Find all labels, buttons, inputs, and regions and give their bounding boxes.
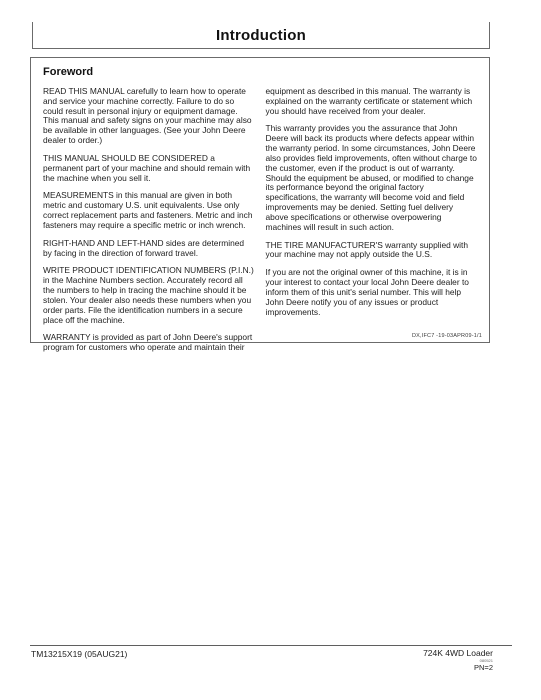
body-paragraph: This warranty provides you the assurance…	[266, 124, 478, 232]
body-paragraph: THIS MANUAL SHOULD BE CONSIDERED a perma…	[43, 154, 255, 183]
right-column: equipment as described in this manual. T…	[266, 87, 478, 361]
model-name: 724K 4WD Loader	[423, 649, 493, 658]
body-paragraph: WARRANTY is provided as part of John Dee…	[43, 333, 255, 353]
footer-right-block: 724K 4WD Loader 080521 PN=2	[423, 649, 493, 673]
document-revision-code: DX,IFC7 -19-03APR09-1/1	[412, 333, 482, 339]
body-paragraph: WRITE PRODUCT IDENTIFICATION NUMBERS (P.…	[43, 266, 255, 325]
body-paragraph: RIGHT-HAND AND LEFT-HAND sides are deter…	[43, 239, 255, 259]
section-header-box: Introduction	[32, 22, 490, 49]
body-paragraph: THE TIRE MANUFACTURER'S warranty supplie…	[266, 241, 478, 261]
left-column: READ THIS MANUAL carefully to learn how …	[43, 87, 255, 361]
foreword-heading: Foreword	[43, 66, 477, 78]
body-paragraph: MEASUREMENTS in this manual are given in…	[43, 191, 255, 230]
page-number: PN=2	[423, 663, 493, 674]
page-title: Introduction	[216, 27, 306, 48]
body-paragraph: READ THIS MANUAL carefully to learn how …	[43, 87, 255, 146]
body-paragraph: If you are not the original owner of thi…	[266, 268, 478, 317]
body-paragraph: equipment as described in this manual. T…	[266, 87, 478, 116]
page-footer: TM13215X19 (05AUG21) 724K 4WD Loader 080…	[30, 645, 512, 676]
foreword-section: Foreword READ THIS MANUAL carefully to l…	[30, 57, 490, 343]
manual-number: TM13215X19 (05AUG21)	[31, 649, 127, 659]
two-column-text: READ THIS MANUAL carefully to learn how …	[43, 87, 477, 361]
